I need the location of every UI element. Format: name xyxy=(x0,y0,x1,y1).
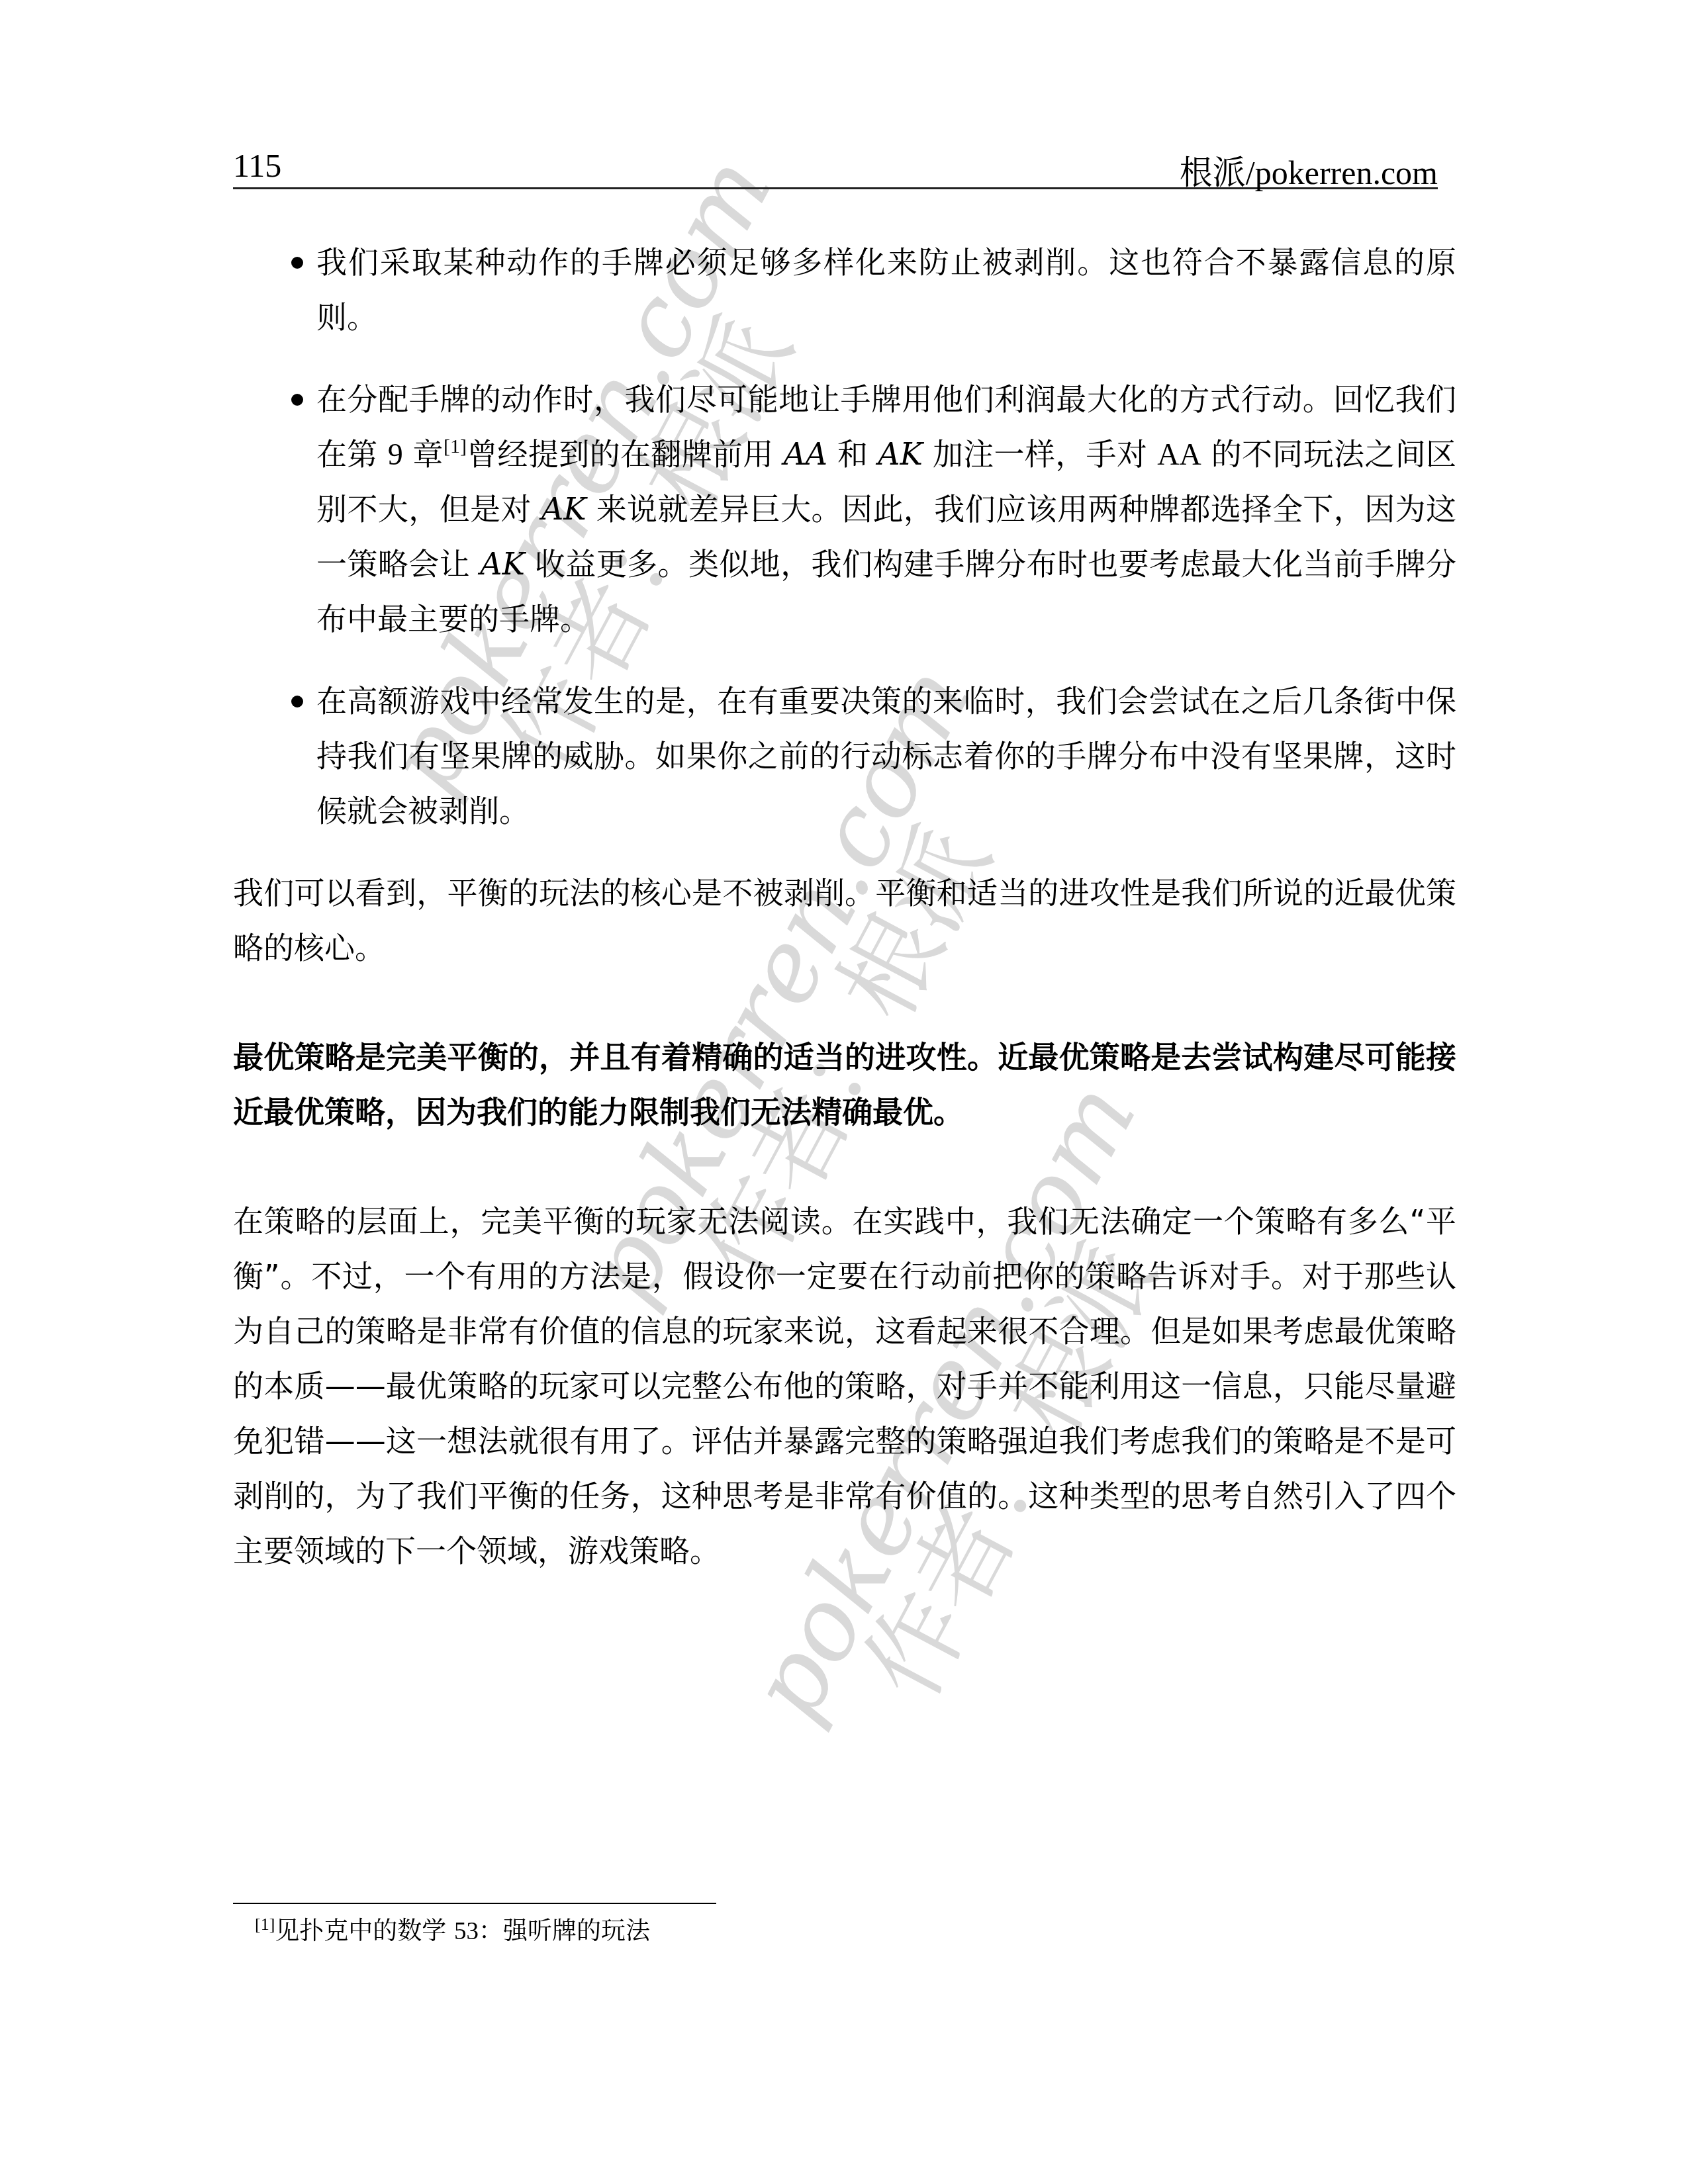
document-page: pokerren.com 作者：根派 pokerren.com 作者：根派 po… xyxy=(0,0,1688,2184)
list-item: 在高额游戏中经常发生的是，在有重要决策的来临时，我们会尝试在之后几条街中保持我们… xyxy=(233,674,1456,839)
chapter-number: 9 xyxy=(388,437,403,471)
bullet-icon xyxy=(291,394,303,406)
bullet-list: 我们采取某种动作的手牌必须足够多样化来防止被剥削。这也符合不暴露信息的原则。 在… xyxy=(233,235,1456,839)
paragraph: 我们可以看到，平衡的玩法的核心是不被剥削。平衡和适当的进攻性是我们所说的近最优策… xyxy=(233,866,1456,976)
running-header: 115 根派/pokerren.com xyxy=(233,142,1438,189)
list-item: 在分配手牌的动作时，我们尽可能地让手牌用他们利润最大化的方式行动。回忆我们在第 … xyxy=(233,372,1456,647)
list-item-text: 在高额游戏中经常发生的是，在有重要决策的来临时，我们会尝试在之后几条街中保持我们… xyxy=(316,683,1456,829)
page-body: 我们采取某种动作的手牌必须足够多样化来防止被剥削。这也符合不暴露信息的原则。 在… xyxy=(233,235,1456,1578)
list-item-text: 在分配手牌的动作时，我们尽可能地让手牌用他们利润最大化的方式行动。回忆我们在第 … xyxy=(316,381,1456,637)
list-item-text: 我们采取某种动作的手牌必须足够多样化来防止被剥削。这也符合不暴露信息的原则。 xyxy=(316,244,1456,335)
math-hand: AK xyxy=(541,491,586,527)
paragraph: 在策略的层面上，完美平衡的玩家无法阅读。在实践中，我们无法确定一个策略有多么“平… xyxy=(233,1194,1456,1578)
bullet-icon xyxy=(291,696,303,707)
list-item: 我们采取某种动作的手牌必须足够多样化来防止被剥削。这也符合不暴露信息的原则。 xyxy=(233,235,1456,345)
footnote-reference[interactable]: [1] xyxy=(444,435,467,457)
math-hand: AK xyxy=(878,436,923,472)
footnote: [1]见扑克中的数学 53：强听牌的玩法 xyxy=(255,1913,650,1950)
page-number: 115 xyxy=(233,146,281,185)
footnote-divider xyxy=(233,1903,716,1904)
math-hand: AK xyxy=(480,546,525,582)
header-site: 根派/pokerren.com xyxy=(1180,146,1438,194)
emphasis-statement: 最优策略是完美平衡的，并且有着精确的适当的进攻性。近最优策略是去尝试构建尽可能接… xyxy=(233,1030,1456,1140)
math-hand: AA xyxy=(784,436,827,472)
footnote-marker: [1] xyxy=(255,1915,275,1934)
bullet-icon xyxy=(291,257,303,269)
math-hand: AA xyxy=(1157,437,1201,471)
